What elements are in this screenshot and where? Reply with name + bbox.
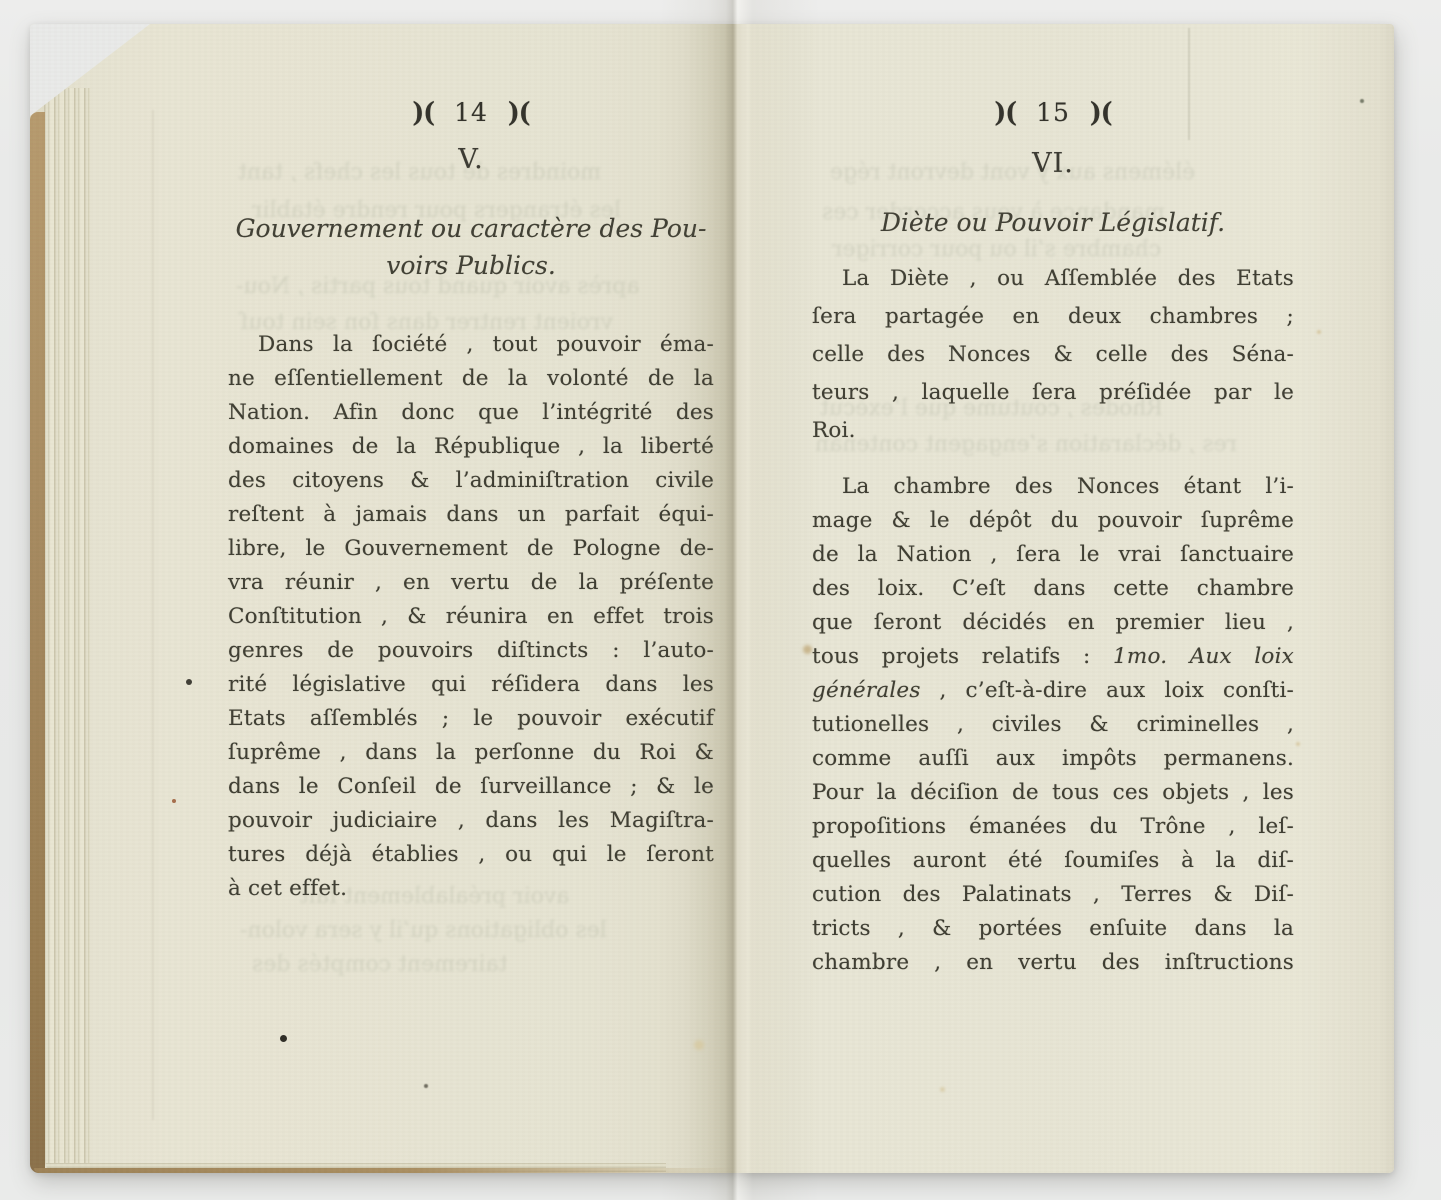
text-line: domaines de la République , la liberté <box>228 430 714 464</box>
section-title-line: Gouvernement ou caractère des Pou- <box>216 210 726 247</box>
text-line: Etats aſſemblés ; le pouvoir exécutif <box>228 702 714 736</box>
text-line: propoſitions émanées du Trône , leſ- <box>812 810 1294 844</box>
text-line: Dans la ſociété , tout pouvoir éma- <box>228 328 714 362</box>
page-number: 15 <box>1036 98 1070 127</box>
page-header-folio: )(14)( <box>228 98 714 127</box>
section-title: Gouvernement ou caractère des Pou- voirs… <box>216 210 726 284</box>
text-line: pouvoir judiciaire , dans les Magiſtra- <box>228 804 714 838</box>
section-number: VI. <box>812 148 1294 179</box>
section-title-line: voirs Publics. <box>216 247 726 284</box>
text-line: La Diète , ou Aſſemblée des Etats <box>812 260 1294 298</box>
page-crease-top-right <box>1188 28 1190 140</box>
text-line: tures déjà établies , ou qui le ſeront <box>228 838 714 872</box>
body-text: Dans la ſociété , tout pouvoir éma-ne eſ… <box>228 328 714 906</box>
folio-ornament-right: )( <box>1090 97 1112 128</box>
text-line: vra réunir , en vertu de la préſente <box>228 566 714 600</box>
text-line: rité législative qui réſidera dans les <box>228 668 714 702</box>
text-line: Nation. Afin donc que l’intégrité des <box>228 396 714 430</box>
text-line: de la Nation , ſera le vrai ſanctuaire <box>812 538 1294 572</box>
text-line: Pour la déciſion de tous ces objets , le… <box>812 776 1294 810</box>
text-line: ſera partagée en deux chambres ; <box>812 298 1294 336</box>
page-header-folio: )(15)( <box>812 98 1294 127</box>
section-title-line: Diète ou Pouvoir Législatif. <box>800 204 1306 241</box>
page-crease-left <box>152 110 154 1120</box>
folio-ornament-right: )( <box>508 97 530 128</box>
text-line: ne eſſentiellement de la volonté de la <box>228 362 714 396</box>
text-line: celle des Nonces & celle des Séna- <box>812 336 1294 374</box>
text-line: genres de pouvoirs diſtincts : l’auto- <box>228 634 714 668</box>
text-line: que ſeront décidés en premier lieu , <box>812 606 1294 640</box>
text-line: tutionelles , civiles & criminelles , <box>812 708 1294 742</box>
text-line: teurs , laquelle ſera préſidée par le <box>812 374 1294 412</box>
text-line: chambre , en vertu des inſtructions <box>812 946 1294 980</box>
text-line: des loix. C’eſt dans cette chambre <box>812 572 1294 606</box>
text-line: libre, le Gouvernement de Pologne de- <box>228 532 714 566</box>
text-line: générales , c’eſt-à-dire aux loix conſti… <box>812 674 1294 708</box>
folio-ornament-left: )( <box>412 97 434 128</box>
text-line: Roi. <box>812 412 1294 450</box>
text-line: ſuprême , dans la perſonne du Roi & <box>228 736 714 770</box>
page-number: 14 <box>454 98 488 127</box>
body-text-paragraph-1: La Diète , ou Aſſemblée des Etatsſera pa… <box>812 260 1294 450</box>
text-line: mage & le dépôt du pouvoir ſuprême <box>812 504 1294 538</box>
text-line: tricts , & portées enſuite dans la <box>812 912 1294 946</box>
section-title: Diète ou Pouvoir Législatif. <box>800 204 1306 241</box>
text-line: La chambre des Nonces étant l’i- <box>812 470 1294 504</box>
text-line: reſtent à jamais dans un parfait équi- <box>228 498 714 532</box>
body-text-paragraph-2: La chambre des Nonces étant l’i-mage & l… <box>812 470 1294 980</box>
text-line: à cet effet. <box>228 872 714 906</box>
text-line: Conſtitution , & réunira en effet trois <box>228 600 714 634</box>
text-line: des citoyens & l’adminiſtration civile <box>228 464 714 498</box>
printed-content: )(14)( V. Gouvernement ou caractère des … <box>0 0 1441 1200</box>
text-line: tous projets relatifs : 1mo. Aux loix <box>812 640 1294 674</box>
text-line: dans le Conſeil de ſurveillance ; & le <box>228 770 714 804</box>
folio-ornament-left: )( <box>994 97 1016 128</box>
section-number: V. <box>228 144 714 175</box>
text-line: cution des Palatinats , Terres & Diſ- <box>812 878 1294 912</box>
book-scan: moindres de tous les chefs , tantles étr… <box>0 0 1441 1200</box>
text-line: comme auſſi aux impôts permanens. <box>812 742 1294 776</box>
text-line: quelles auront été ſoumiſes à la diſ- <box>812 844 1294 878</box>
